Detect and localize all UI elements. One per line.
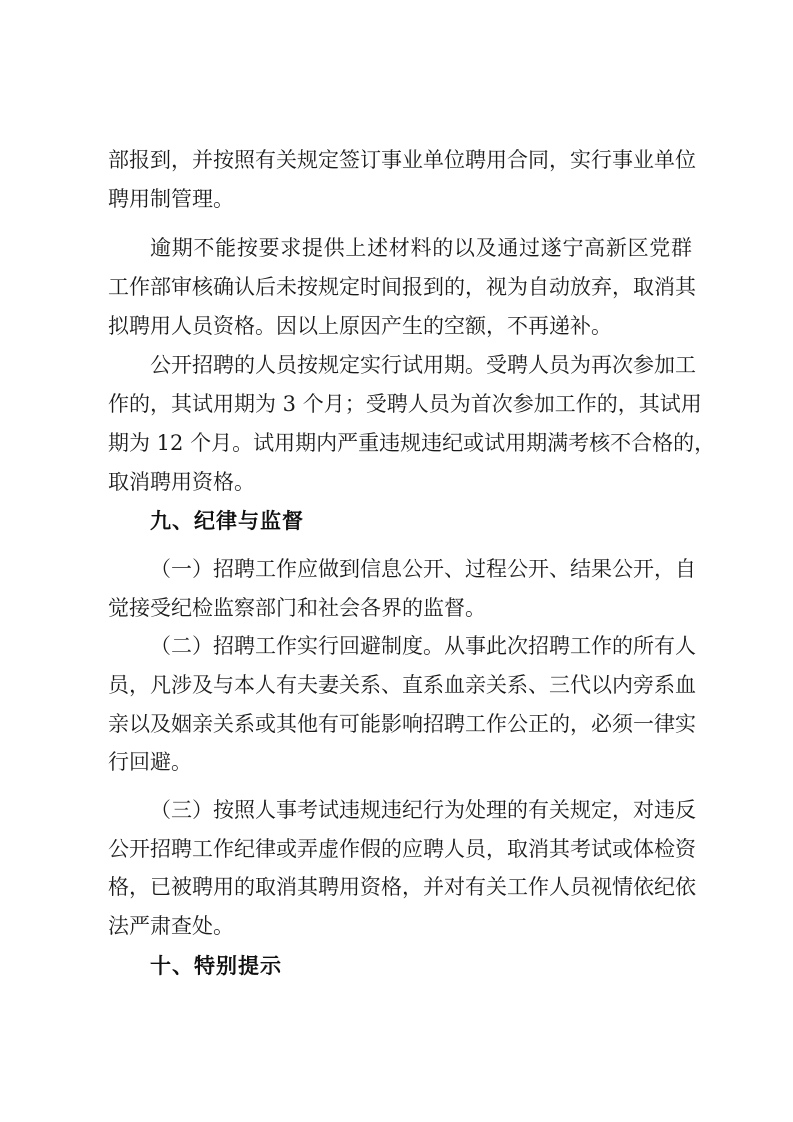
- paragraph-line: 期为 12 个月。试用期内严重违规违纪或试用期满考核不合格的，: [108, 429, 692, 457]
- section-heading-discipline: 九、纪律与监督: [150, 507, 304, 535]
- list-item-line: （一）招聘工作应做到信息公开、过程公开、结果公开，自: [150, 555, 692, 583]
- list-item-line: 觉接受纪检监察部门和社会各界的监督。: [108, 594, 692, 622]
- document-page: 部报到，并按照有关规定签订事业单位聘用合同，实行事业单位 聘用制管理。 逾期不能…: [0, 0, 793, 1122]
- section-heading-special-notice: 十、特别提示: [150, 952, 282, 980]
- paragraph-line: 聘用制管理。: [108, 185, 692, 213]
- list-item-line: 格，已被聘用的取消其聘用资格，并对有关工作人员视情依纪依: [108, 873, 692, 901]
- paragraph-line: 公开招聘的人员按规定实行试用期。受聘人员为再次参加工: [150, 351, 692, 379]
- paragraph-line: 拟聘用人员资格。因以上原因产生的空额，不再递补。: [108, 312, 692, 340]
- paragraph-line: 逾期不能按要求提供上述材料的以及通过遂宁高新区党群: [150, 234, 692, 262]
- list-item-line: 法严肃查处。: [108, 912, 692, 940]
- paragraph-line: 工作部审核确认后未按规定时间报到的，视为自动放弃，取消其: [108, 273, 692, 301]
- paragraph-line: 取消聘用资格。: [108, 468, 692, 496]
- paragraph-line: 部报到，并按照有关规定签订事业单位聘用合同，实行事业单位: [108, 146, 692, 174]
- list-item-line: 行回避。: [108, 748, 692, 776]
- list-item-line: （二）招聘工作实行回避制度。从事此次招聘工作的所有人: [150, 632, 692, 660]
- list-item-line: 亲以及姻亲关系或其他有可能影响招聘工作公正的，必须一律实: [108, 710, 692, 738]
- list-item-line: 公开招聘工作纪律或弄虚作假的应聘人员，取消其考试或体检资: [108, 835, 692, 863]
- list-item-line: 员，凡涉及与本人有夫妻关系、直系血亲关系、三代以内旁系血: [108, 671, 692, 699]
- list-item-line: （三）按照人事考试违规违纪行为处理的有关规定，对违反: [150, 796, 692, 824]
- paragraph-line: 作的，其试用期为 3 个月；受聘人员为首次参加工作的，其试用: [108, 390, 692, 418]
